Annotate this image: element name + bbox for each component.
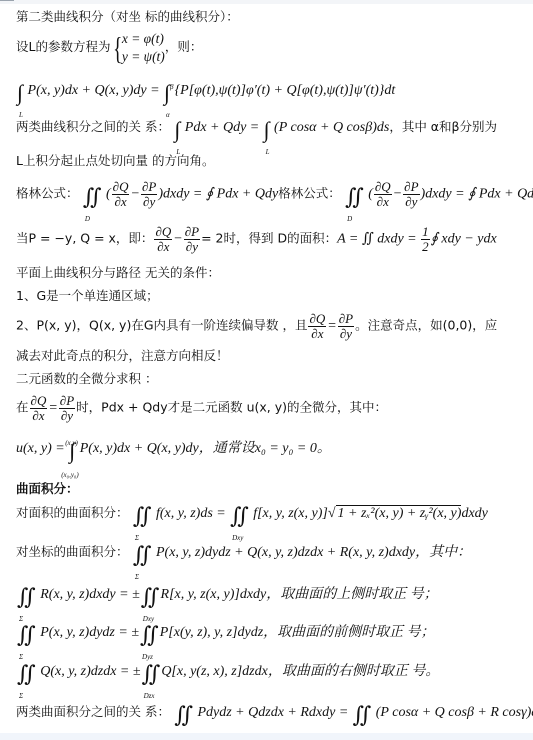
surface-relation: 两类曲面积分之间的关 系： ∬Σ Pdydz + Qdzdx + Rdxdy =… bbox=[16, 703, 533, 724]
total-differential-heading: 二元函数的全微分求积 ： bbox=[16, 370, 157, 388]
condition-2-suffix: 。注意奇点，如(0,0)，应 bbox=[355, 318, 497, 333]
u-lhs: u(x, y) = bbox=[16, 441, 65, 456]
green-rhs: dxdy = ∮ Pdx + Qdy bbox=[163, 187, 278, 202]
condition-2: 2、P(x, y)，Q(x, y)在G内具有一阶连续偏导数 ，且∂Q∂x=∂P∂… bbox=[16, 312, 497, 341]
q-lhs: Q(x, y, z)dzdx = ± bbox=[40, 664, 140, 679]
param-y: y = ψ(t) bbox=[122, 48, 165, 66]
fraction: ∂P∂y bbox=[338, 312, 354, 341]
double-integral-icon: ∬Σ bbox=[174, 706, 193, 724]
top-mark bbox=[0, 0, 14, 1]
param-equation-line: 设L的参数方程为{x = φ(t)y = ψ(t)，则： bbox=[16, 30, 202, 66]
area-formula-line: 当P = −y, Q = x，即：∂Q∂x−∂P∂y= 2时，得到 D的面积：A… bbox=[16, 225, 497, 254]
u-rhs: P(x, y)dx + Q(x, y)dy，通常设x₀ = y₀ = 0。 bbox=[80, 441, 331, 456]
sr-lhs: Pdydz + Qdzdx + Rdxdy = bbox=[197, 705, 348, 720]
frac-num: ∂Q bbox=[154, 225, 172, 240]
sai-rhs-a: f[x, y, z(x, y)]√ bbox=[253, 506, 335, 521]
frac-den: ∂y bbox=[141, 195, 157, 209]
frac-num: ∂Q bbox=[374, 180, 392, 195]
double-integral-icon: ∬Σ bbox=[133, 507, 152, 525]
formula-lhs: P(x, y)dx + Q(x, y)dy = bbox=[28, 83, 160, 98]
double-integral-icon: ∬D bbox=[345, 188, 364, 206]
condition-1: 1、G是一个单连通区域； bbox=[16, 287, 159, 305]
double-integral-icon: ∬Dyz bbox=[140, 626, 159, 644]
bottom-bar bbox=[0, 733, 533, 740]
frac-den: ∂y bbox=[338, 327, 354, 341]
frac-num: ∂Q bbox=[30, 394, 48, 409]
relation-rhs: (P cosα + Q cosβ)ds bbox=[274, 120, 389, 135]
frac-num: ∂P bbox=[184, 225, 200, 240]
param-system: x = φ(t)y = ψ(t) bbox=[122, 30, 165, 66]
p-lhs: P(x, y, z)dydz = ± bbox=[40, 625, 139, 640]
fraction: ∂P∂y bbox=[403, 180, 419, 209]
frac-den: ∂x bbox=[154, 240, 172, 254]
int-upper: β bbox=[170, 78, 174, 96]
frac-den: 2 bbox=[421, 240, 430, 254]
p-rhs: P[x(y, z), y, z]dydz，取曲面的前侧时取正 号； bbox=[160, 625, 435, 640]
frac-den: ∂x bbox=[374, 195, 392, 209]
potential-function-formula: u(x, y) = ∫(x,y)(x₀,y₀) P(x, y)dx + Q(x,… bbox=[16, 440, 331, 460]
singularity-note: 减去对此奇点的积分，注意方向相反！ bbox=[16, 347, 229, 365]
line-integral-formula: ∫L P(x, y)dx + Q(x, y)dy = ∫βα {P[φ(t),ψ… bbox=[16, 82, 395, 102]
brace-icon: { bbox=[114, 39, 123, 57]
fraction-half: 12 bbox=[421, 225, 430, 254]
integral-icon: ∫(x,y)(x₀,y₀) bbox=[69, 442, 75, 460]
int-lower: L bbox=[266, 143, 270, 161]
fraction: ∂Q∂x bbox=[308, 312, 326, 341]
td-prefix: 在 bbox=[16, 400, 29, 415]
area-formula: A = ∬ dxdy = bbox=[337, 232, 420, 247]
double-integral-icon: ∬D bbox=[83, 188, 102, 206]
surface-p-formula: ∬Σ P(x, y, z)dydz = ±∬DyzP[x(y, z), y, z… bbox=[16, 624, 435, 644]
q-rhs: Q[x, y(z, x), z]dzdx，取曲面的右侧时取正 号。 bbox=[161, 664, 439, 679]
double-integral-icon: ∬Σ bbox=[17, 665, 36, 683]
int-lower: Σ bbox=[135, 568, 139, 586]
param-suffix: ，则： bbox=[165, 39, 203, 54]
r-rhs: R[x, y, z(x, y)]dxdy，取曲面的上侧时取正 号； bbox=[161, 587, 438, 602]
coordinate-surface-integral: 对坐标的曲面积分： ∬Σ P(x, y, z)dydz + Q(x, y, z)… bbox=[16, 543, 471, 564]
r-lhs: R(x, y, z)dxdy = ± bbox=[40, 587, 140, 602]
condition-2-prefix: 2、P(x, y)，Q(x, y)在G内具有一阶连续偏导数 ，且 bbox=[16, 318, 307, 333]
sr-rhs: (P cosα + Q cosβ + R cosγ)ds bbox=[376, 705, 533, 720]
surface-area-integral: 对面积的曲面积分： ∬Σ f(x, y, z)ds = ∬Dxy f[x, y,… bbox=[16, 504, 488, 525]
frac-num: ∂P bbox=[403, 180, 419, 195]
integral-icon: ∫L bbox=[17, 84, 23, 102]
double-integral-icon: ∬Σ bbox=[353, 706, 372, 724]
double-integral-icon: ∬Σ bbox=[133, 546, 152, 564]
green-label: 格林公式： bbox=[16, 186, 79, 201]
sai-rhs-b: dxdy bbox=[461, 506, 487, 521]
area-condition: 当P = −y, Q = x，即： bbox=[16, 231, 153, 246]
frac-den: ∂y bbox=[403, 195, 419, 209]
fraction: ∂Q∂x bbox=[30, 394, 48, 423]
double-integral-icon: ∬Dzx bbox=[142, 665, 161, 683]
integral-icon: ∫L bbox=[174, 121, 180, 139]
param-prefix: 设L的参数方程为 bbox=[16, 39, 110, 54]
green-label-2: 格林公式： bbox=[278, 186, 341, 201]
relation-suffix: ，其中 α和β分别为 bbox=[389, 119, 497, 134]
fraction: ∂Q∂x bbox=[374, 180, 392, 209]
frac-num: 1 bbox=[421, 225, 430, 240]
frac-num: ∂P bbox=[141, 180, 157, 195]
frac-num: ∂Q bbox=[308, 312, 326, 327]
direction-angle-line: L上积分起止点处切向量 的方向角。 bbox=[16, 152, 214, 170]
frac-num: ∂P bbox=[338, 312, 354, 327]
int-upper: (x,y) bbox=[65, 434, 78, 452]
frac-num: ∂Q bbox=[112, 180, 130, 195]
fraction: ∂Q∂x bbox=[112, 180, 130, 209]
td-suffix: 时，Pdx + Qdy才是二元函数 u(x, y)的全微分，其中： bbox=[76, 400, 387, 415]
line-integral-relation: 两类曲线积分之间的关 系： ∫L Pdx + Qdy = ∫L (P cosα … bbox=[16, 118, 497, 139]
sai-label: 对面积的曲面积分： bbox=[16, 505, 129, 520]
sai-lhs: f(x, y, z)ds = bbox=[156, 506, 226, 521]
fraction: ∂P∂y bbox=[184, 225, 200, 254]
integral-icon: ∫L bbox=[264, 121, 270, 139]
frac-den: ∂y bbox=[59, 409, 75, 423]
area-tail: ∮ xdy − ydx bbox=[431, 232, 497, 247]
formula-rhs: {P[φ(t),ψ(t)]φ′(t) + Q[φ(t),ψ(t)]ψ′(t)}d… bbox=[175, 83, 396, 98]
param-x: x = φ(t) bbox=[122, 30, 165, 48]
green-formula-line: 格林公式： ∬D (∂Q∂x−∂P∂y)dxdy = ∮ Pdx + Qdy格林… bbox=[16, 180, 533, 209]
frac-den: ∂y bbox=[184, 240, 200, 254]
fraction: ∂P∂y bbox=[59, 394, 75, 423]
top-bar bbox=[0, 0, 533, 4]
green-rhs-2: dxdy = ∮ Pdx + Qdy bbox=[425, 187, 533, 202]
surface-r-formula: ∬Σ R(x, y, z)dxdy = ±∬DxyR[x, y, z(x, y)… bbox=[16, 586, 438, 606]
frac-den: ∂x bbox=[30, 409, 48, 423]
frac-num: ∂P bbox=[59, 394, 75, 409]
fraction: ∂Q∂x bbox=[154, 225, 172, 254]
csi-label: 对坐标的曲面积分： bbox=[16, 544, 129, 559]
double-integral-icon: ∬Dxy bbox=[141, 588, 160, 606]
relation-lhs: Pdx + Qdy = bbox=[185, 120, 259, 135]
sr-label: 两类曲面积分之间的关 系： bbox=[16, 704, 170, 719]
csi-formula: P(x, y, z)dydz + Q(x, y, z)dzdx + R(x, y… bbox=[156, 545, 471, 560]
integral-icon: ∫βα bbox=[164, 84, 170, 102]
surface-q-formula: ∬Σ Q(x, y, z)dzdx = ±∬DzxQ[x, y(z, x), z… bbox=[16, 663, 439, 683]
fraction: ∂P∂y bbox=[141, 180, 157, 209]
double-integral-icon: ∬Σ bbox=[17, 626, 36, 644]
frac-den: ∂x bbox=[308, 327, 326, 341]
double-integral-icon: ∬Dxy bbox=[230, 507, 249, 525]
sai-sqrt: 1 + zₓ²(x, y) + zᵧ²(x, y) bbox=[336, 505, 462, 521]
double-integral-icon: ∬Σ bbox=[17, 588, 36, 606]
surface-integral-heading: 曲面积分： bbox=[16, 480, 79, 498]
total-differential-condition: 在∂Q∂x=∂P∂y时，Pdx + Qdy才是二元函数 u(x, y)的全微分，… bbox=[16, 394, 387, 423]
relation-label: 两类曲线积分之间的关 系： bbox=[16, 119, 170, 134]
area-mid: = 2时，得到 D的面积： bbox=[201, 231, 337, 246]
path-independence-heading: 平面上曲线积分与路径 无关的条件： bbox=[16, 264, 220, 282]
heading-line-integral-2: 第二类曲线积分（对坐 标的曲线积分）： bbox=[16, 8, 239, 26]
frac-den: ∂x bbox=[112, 195, 130, 209]
